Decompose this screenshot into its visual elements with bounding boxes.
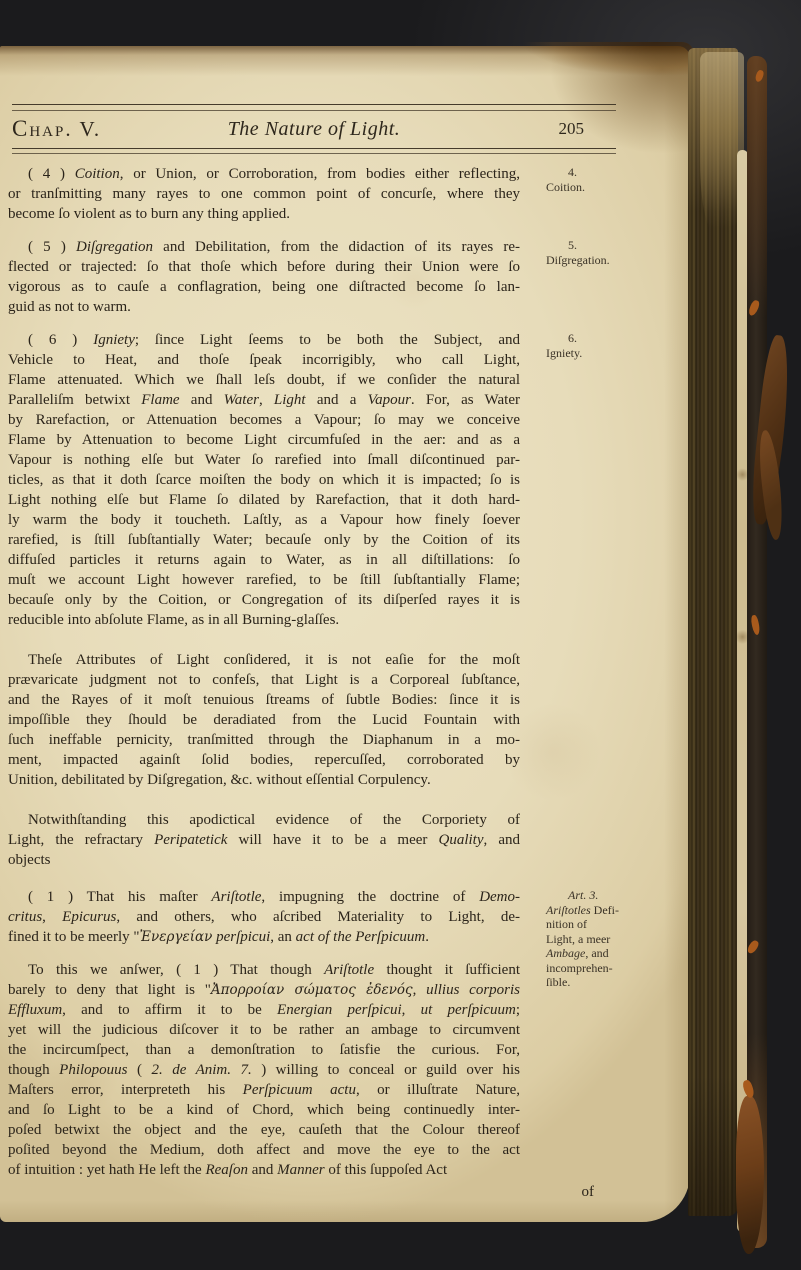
- text-line: or tranſmitting many rayes to one common…: [8, 184, 520, 204]
- margin-note-line: ſible.: [546, 975, 648, 990]
- margin-note: 5.Diſgregation.: [546, 238, 648, 267]
- paragraph: ( 4 ) Coition, or Union, or Corroboratio…: [8, 164, 520, 224]
- text-line: objects: [8, 850, 520, 870]
- text-line: poſed betwixt the object and the eye, ca…: [8, 1120, 520, 1140]
- margin-note-line: 4.: [546, 165, 648, 180]
- page-number: 205: [559, 119, 585, 139]
- margin-note-line: Art. 3.: [546, 888, 648, 903]
- text-line: fined it to be meerly "Ἐνεργείαν perſpic…: [8, 927, 520, 947]
- photo-of-book-page: { "colors":{"backdrop":"#1b1b1d","paper"…: [0, 0, 801, 1270]
- text-line: though Philopouus ( 2. de Anim. 7. ) wil…: [8, 1060, 520, 1080]
- text-line: and the Rayes of it moſt tenuious ſtream…: [8, 690, 520, 710]
- margin-note-line: 5.: [546, 238, 648, 253]
- margin-note-line: Light, a meer: [546, 932, 648, 947]
- catchword: of: [82, 1182, 594, 1202]
- text-line: ( 6 ) Igniety; ſince Light ſeems to be b…: [8, 330, 520, 350]
- text-line: ſuch ineffable pernicity, tranſmitted th…: [8, 730, 520, 750]
- text-line: Maſters error, interpreteth his Perſpicu…: [8, 1080, 520, 1100]
- margin-note-line: Igniety.: [546, 346, 648, 361]
- margin-note-line: nition of: [546, 917, 648, 932]
- margin-note-line: incomprehen-: [546, 961, 648, 976]
- margin-note: Art. 3.Ariſtotles Defi-nition ofLight, a…: [546, 888, 648, 990]
- text-line: diffuſed particles it returns again to W…: [8, 550, 520, 570]
- text-line: ly warm the body it toucheth. Laſtly, as…: [8, 510, 520, 530]
- text-line: Vapour is nothing elſe but Water ſo rare…: [8, 450, 520, 470]
- text-line: the incircumſpect, than a demonſtration …: [8, 1040, 520, 1060]
- text-line: Light nothing elſe but Flame ſo dilated …: [8, 490, 520, 510]
- paragraph: Notwithſtanding this apodictical evidenc…: [8, 810, 520, 870]
- text-line: barely to deny that light is "Ἀπορροίαν …: [8, 980, 520, 1000]
- text-line: reducible into abſolute Flame, as in all…: [8, 610, 520, 630]
- margin-note: 6.Igniety.: [546, 331, 648, 360]
- text-line: becauſe only by the Coition, or Congrega…: [8, 590, 520, 610]
- text-line: Paralleliſm betwixt Flame and Water, Lig…: [8, 390, 520, 410]
- running-title: The Nature of Light.: [12, 118, 616, 141]
- text-line: vigorous as to cauſe a conflagration, be…: [8, 277, 520, 297]
- text-line: and ſo Light to be a kind of Chord, whic…: [8, 1100, 520, 1120]
- book-page: Chap. V. The Nature of Light. 205 ( 4 ) …: [0, 46, 690, 1222]
- text-line: Vehicle to Heat, and thoſe ſpeak incorri…: [8, 350, 520, 370]
- margin-note-line: Ambage, and: [546, 946, 648, 961]
- text-line: guid as not to warm.: [8, 297, 520, 317]
- paragraph: To this we anſwer, ( 1 ) That though Ari…: [8, 960, 520, 1180]
- text-line: Flame by Attenuation to become Light cir…: [8, 430, 520, 450]
- text-line: of intuition : yet hath He left the Reaſ…: [8, 1160, 520, 1180]
- text-line: by Rarefaction, or Attenuation becomes a…: [8, 410, 520, 430]
- text-line: Effluxum, and to affirm it to be Energia…: [8, 1000, 520, 1020]
- margin-note-line: Ariſtotles Defi-: [546, 903, 648, 918]
- text-line: prævaricate judgment not to confeſs, tha…: [8, 670, 520, 690]
- text-line: Theſe Attributes of Light conſidered, it…: [8, 650, 520, 670]
- text-line: critus, Epicurus, and others, who aſcrib…: [8, 907, 520, 927]
- paragraph: Theſe Attributes of Light conſidered, it…: [8, 650, 520, 790]
- text-line: ( 5 ) Diſgregation and Debilitation, fro…: [8, 237, 520, 257]
- text-line: ( 4 ) Coition, or Union, or Corroboratio…: [8, 164, 520, 184]
- text-body: ( 4 ) Coition, or Union, or Corroboratio…: [8, 164, 520, 1202]
- text-line: yet will the judicious diſcover it to be…: [8, 1020, 520, 1040]
- text-line: ment, impacted againſt ſolid bodies, rep…: [8, 750, 520, 770]
- paragraph: ( 1 ) That his maſter Ariſtotle, impugni…: [8, 887, 520, 947]
- text-line: To this we anſwer, ( 1 ) That though Ari…: [8, 960, 520, 980]
- text-line: ticles, as that it doth ſcarce moiſten t…: [8, 470, 520, 490]
- text-line: ( 1 ) That his maſter Ariſtotle, impugni…: [8, 887, 520, 907]
- paragraph: ( 6 ) Igniety; ſince Light ſeems to be b…: [8, 330, 520, 630]
- text-line: impoſſible they ſhould be deradiated fro…: [8, 710, 520, 730]
- margin-note-line: 6.: [546, 331, 648, 346]
- header-rule-top: [12, 104, 616, 111]
- text-line: Notwithſtanding this apodictical evidenc…: [8, 810, 520, 830]
- text-line: Unition, debilitated by Diſgregation, &c…: [8, 770, 520, 790]
- text-line: flected or trajected: ſo that thoſe whic…: [8, 257, 520, 277]
- text-line: rarefied, is ſtill ſubſtantially Water; …: [8, 530, 520, 550]
- header-row: Chap. V. The Nature of Light. 205: [12, 111, 616, 147]
- text-line: poſited beyond the Medium, doth affect a…: [8, 1140, 520, 1160]
- text-line: become ſo violent as to burn any thing a…: [8, 204, 520, 224]
- text-line: Flame attenuated. Which we ſhall leſs do…: [8, 370, 520, 390]
- page-header: Chap. V. The Nature of Light. 205: [0, 46, 690, 154]
- text-line: Light, the refractary Peripatetick will …: [8, 830, 520, 850]
- margin-note: 4.Coition.: [546, 165, 648, 194]
- book-spine-leather: [747, 56, 767, 1248]
- header-rule-bottom: [12, 148, 616, 154]
- text-line: muſt we account Light however rarefied, …: [8, 570, 520, 590]
- margin-note-line: Diſgregation.: [546, 253, 648, 268]
- margin-note-line: Coition.: [546, 180, 648, 195]
- paragraph: ( 5 ) Diſgregation and Debilitation, fro…: [8, 237, 520, 317]
